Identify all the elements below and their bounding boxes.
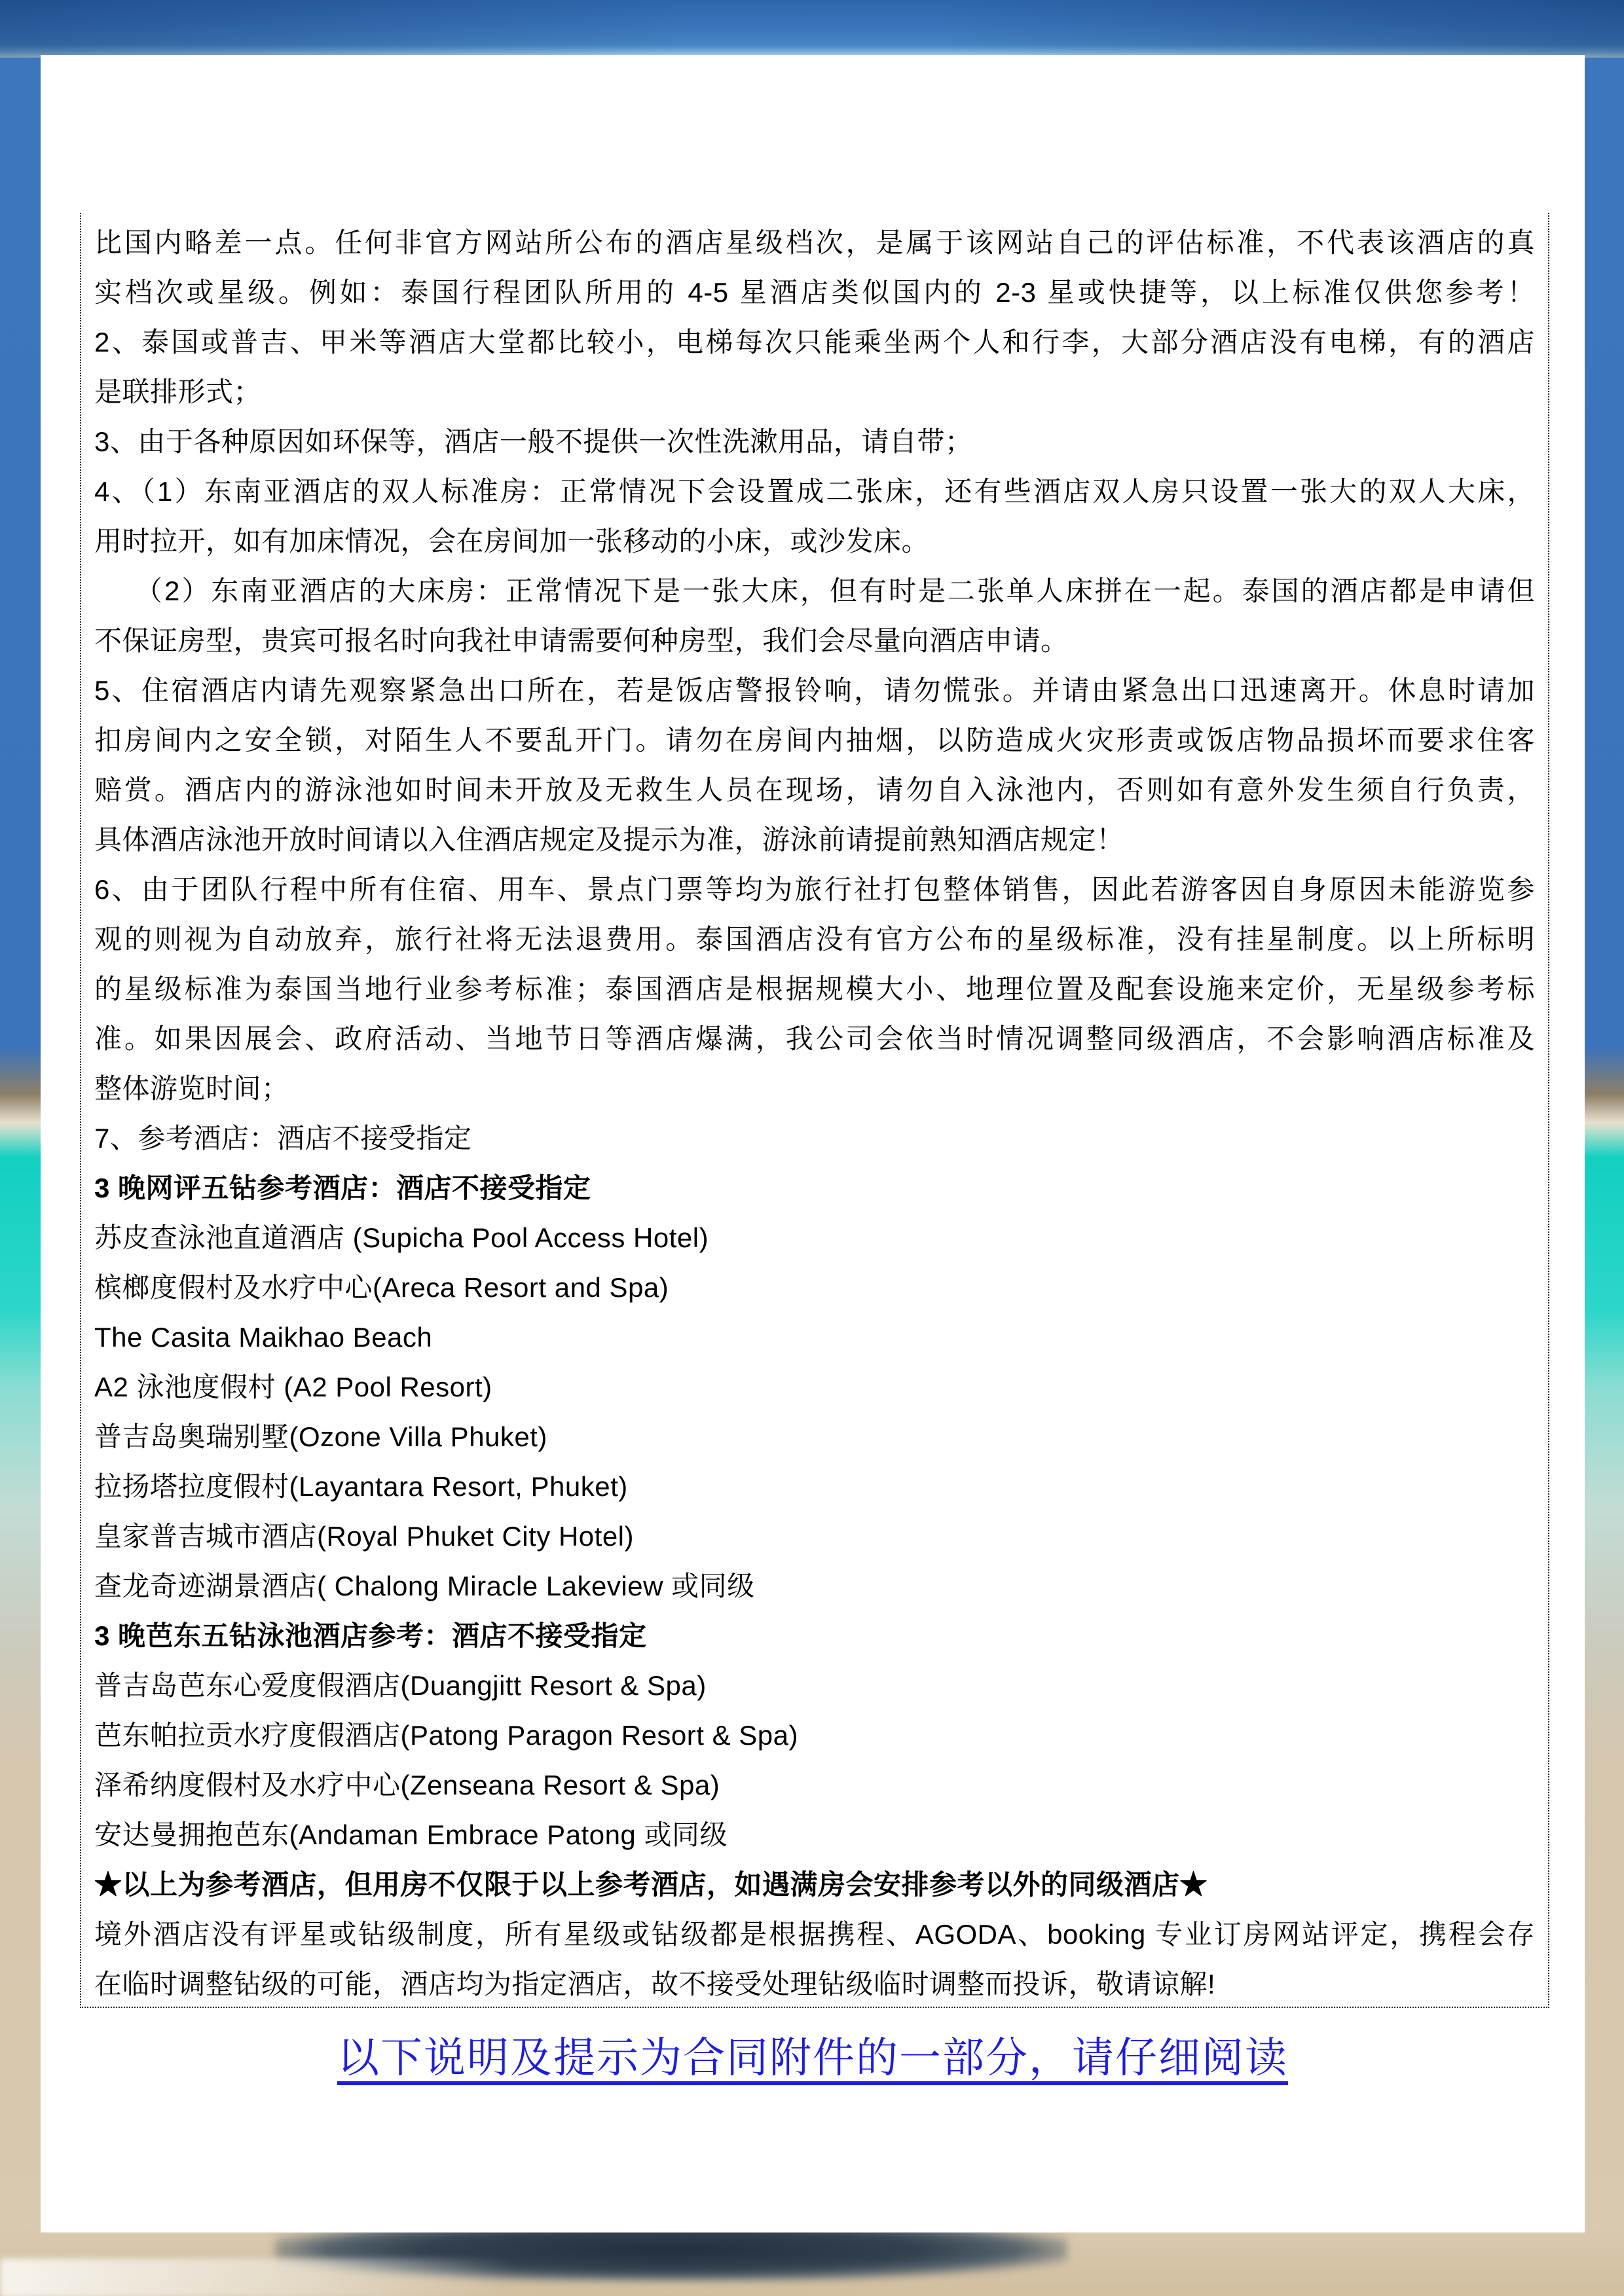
text-line: 实档次或星级。例如：泰国行程团队所用的 4-5 星酒店类似国内的 2-3 星或快… [94, 268, 1535, 318]
text-line: 赔赏。酒店内的游泳池如时间未开放及无救生人员在现场，请勿自入泳池内，否则如有意外… [94, 765, 1535, 815]
text-line: 安达曼拥抱芭东(Andaman Embrace Patong 或同级 [94, 1810, 1535, 1860]
text-line: 境外酒店没有评星或钻级制度，所有星级或钻级都是根据携程、AGODA、bookin… [94, 1910, 1535, 1959]
text-line: 泽希纳度假村及水疗中心(Zenseana Resort & Spa) [94, 1760, 1535, 1810]
text-line: 4、（1）东南亚酒店的双人标准房：正常情况下会设置成二张床，还有些酒店双人房只设… [94, 467, 1535, 517]
body-text: 比国内略差一点。任何非官方网站所公布的酒店星级档次，是属于该网站自己的评估标准，… [81, 213, 1548, 2008]
text-line: 槟榔度假村及水疗中心(Areca Resort and Spa) [94, 1263, 1535, 1313]
text-line: 2、泰国或普吉、甲米等酒店大堂都比较小，电梯每次只能乘坐两个人和行李，大部分酒店… [94, 318, 1535, 367]
notice-row: 以下说明及提示为合同附件的一部分，请仔细阅读 [41, 2024, 1585, 2085]
text-line: 整体游览时间； [94, 1064, 1535, 1114]
text-line: 6、由于团队行程中所有住宿、用车、景点门票等均为旅行社打包整体销售，因此若游客因… [94, 865, 1535, 915]
text-line: 具体酒店泳池开放时间请以入住酒店规定及提示为准，游泳前请提前熟知酒店规定！ [94, 815, 1535, 865]
sky-band [0, 0, 1624, 58]
text-line: 扣房间内之安全锁，对陌生人不要乱开门。请勿在房间内抽烟，以防造成火灾形责或饭店物… [94, 716, 1535, 765]
text-line: 3、由于各种原因如环保等，酒店一般不提供一次性洗漱用品，请自带； [94, 417, 1535, 467]
text-line: 拉扬塔拉度假村(Layantara Resort, Phuket) [94, 1462, 1535, 1512]
text-line: 不保证房型，贵宾可报名时向我社申请需要何种房型，我们会尽量向酒店申请。 [94, 616, 1535, 666]
text-line: 观的则视为自动放弃，旅行社将无法退费用。泰国酒店没有官方公布的星级标准，没有挂星… [94, 915, 1535, 964]
text-line: 芭东帕拉贡水疗度假酒店(Patong Paragon Resort & Spa) [94, 1711, 1535, 1760]
text-line: 苏皮查泳池直道酒店 (Supicha Pool Access Hotel) [94, 1213, 1535, 1263]
text-line: 5、住宿酒店内请先观察紧急出口所在，若是饭店警报铃响，请勿慌张。并请由紧急出口迅… [94, 666, 1535, 716]
text-line: 查龙奇迹湖景酒店( Chalong Miracle Lakeview 或同级 [94, 1561, 1535, 1611]
text-line: 准。如果因展会、政府活动、当地节日等酒店爆满，我公司会依当时情况调整同级酒店，不… [94, 1014, 1535, 1064]
text-line: （2）东南亚酒店的大床房：正常情况下是一张大床，但有时是二张单人床拼在一起。泰国… [94, 566, 1535, 616]
text-line: 皇家普吉城市酒店(Royal Phuket City Hotel) [94, 1512, 1535, 1561]
beach-foam [0, 2259, 511, 2296]
contract-notice-link[interactable]: 以下说明及提示为合同附件的一部分，请仔细阅读 [337, 2024, 1288, 2085]
text-line: 用时拉开，如有加床情况，会在房间加一张移动的小床，或沙发床。 [94, 517, 1535, 566]
hotel-notes-box: 比国内略差一点。任何非官方网站所公布的酒店星级档次，是属于该网站自己的评估标准，… [80, 213, 1549, 2008]
text-line: 普吉岛芭东心爱度假酒店(Duangjitt Resort & Spa) [94, 1661, 1535, 1711]
text-line: 的星级标准为泰国当地行业参考标准；泰国酒店是根据规模大小、地理位置及配套设施来定… [94, 964, 1535, 1014]
document-page: 比国内略差一点。任何非官方网站所公布的酒店星级档次，是属于该网站自己的评估标准，… [41, 55, 1585, 2232]
text-line: The Casita Maikhao Beach [94, 1313, 1535, 1362]
text-line: 普吉岛奥瑞别墅(Ozone Villa Phuket) [94, 1412, 1535, 1462]
text-line: 3 晚芭东五钻泳池酒店参考：酒店不接受指定 [94, 1611, 1535, 1661]
text-line: 是联排形式； [94, 367, 1535, 417]
text-line: A2 泳池度假村 (A2 Pool Resort) [94, 1362, 1535, 1412]
text-line: 7、参考酒店：酒店不接受指定 [94, 1114, 1535, 1163]
text-line: 在临时调整钻级的可能，酒店均为指定酒店，故不接受处理钻级临时调整而投诉，敬请谅解… [94, 1959, 1535, 2008]
text-line: 比国内略差一点。任何非官方网站所公布的酒店星级档次，是属于该网站自己的评估标准，… [94, 218, 1535, 268]
text-line: ★以上为参考酒店，但用房不仅限于以上参考酒店，如遇满房会安排参考以外的同级酒店★ [94, 1860, 1535, 1910]
text-line: 3 晚网评五钻参考酒店：酒店不接受指定 [94, 1163, 1535, 1213]
